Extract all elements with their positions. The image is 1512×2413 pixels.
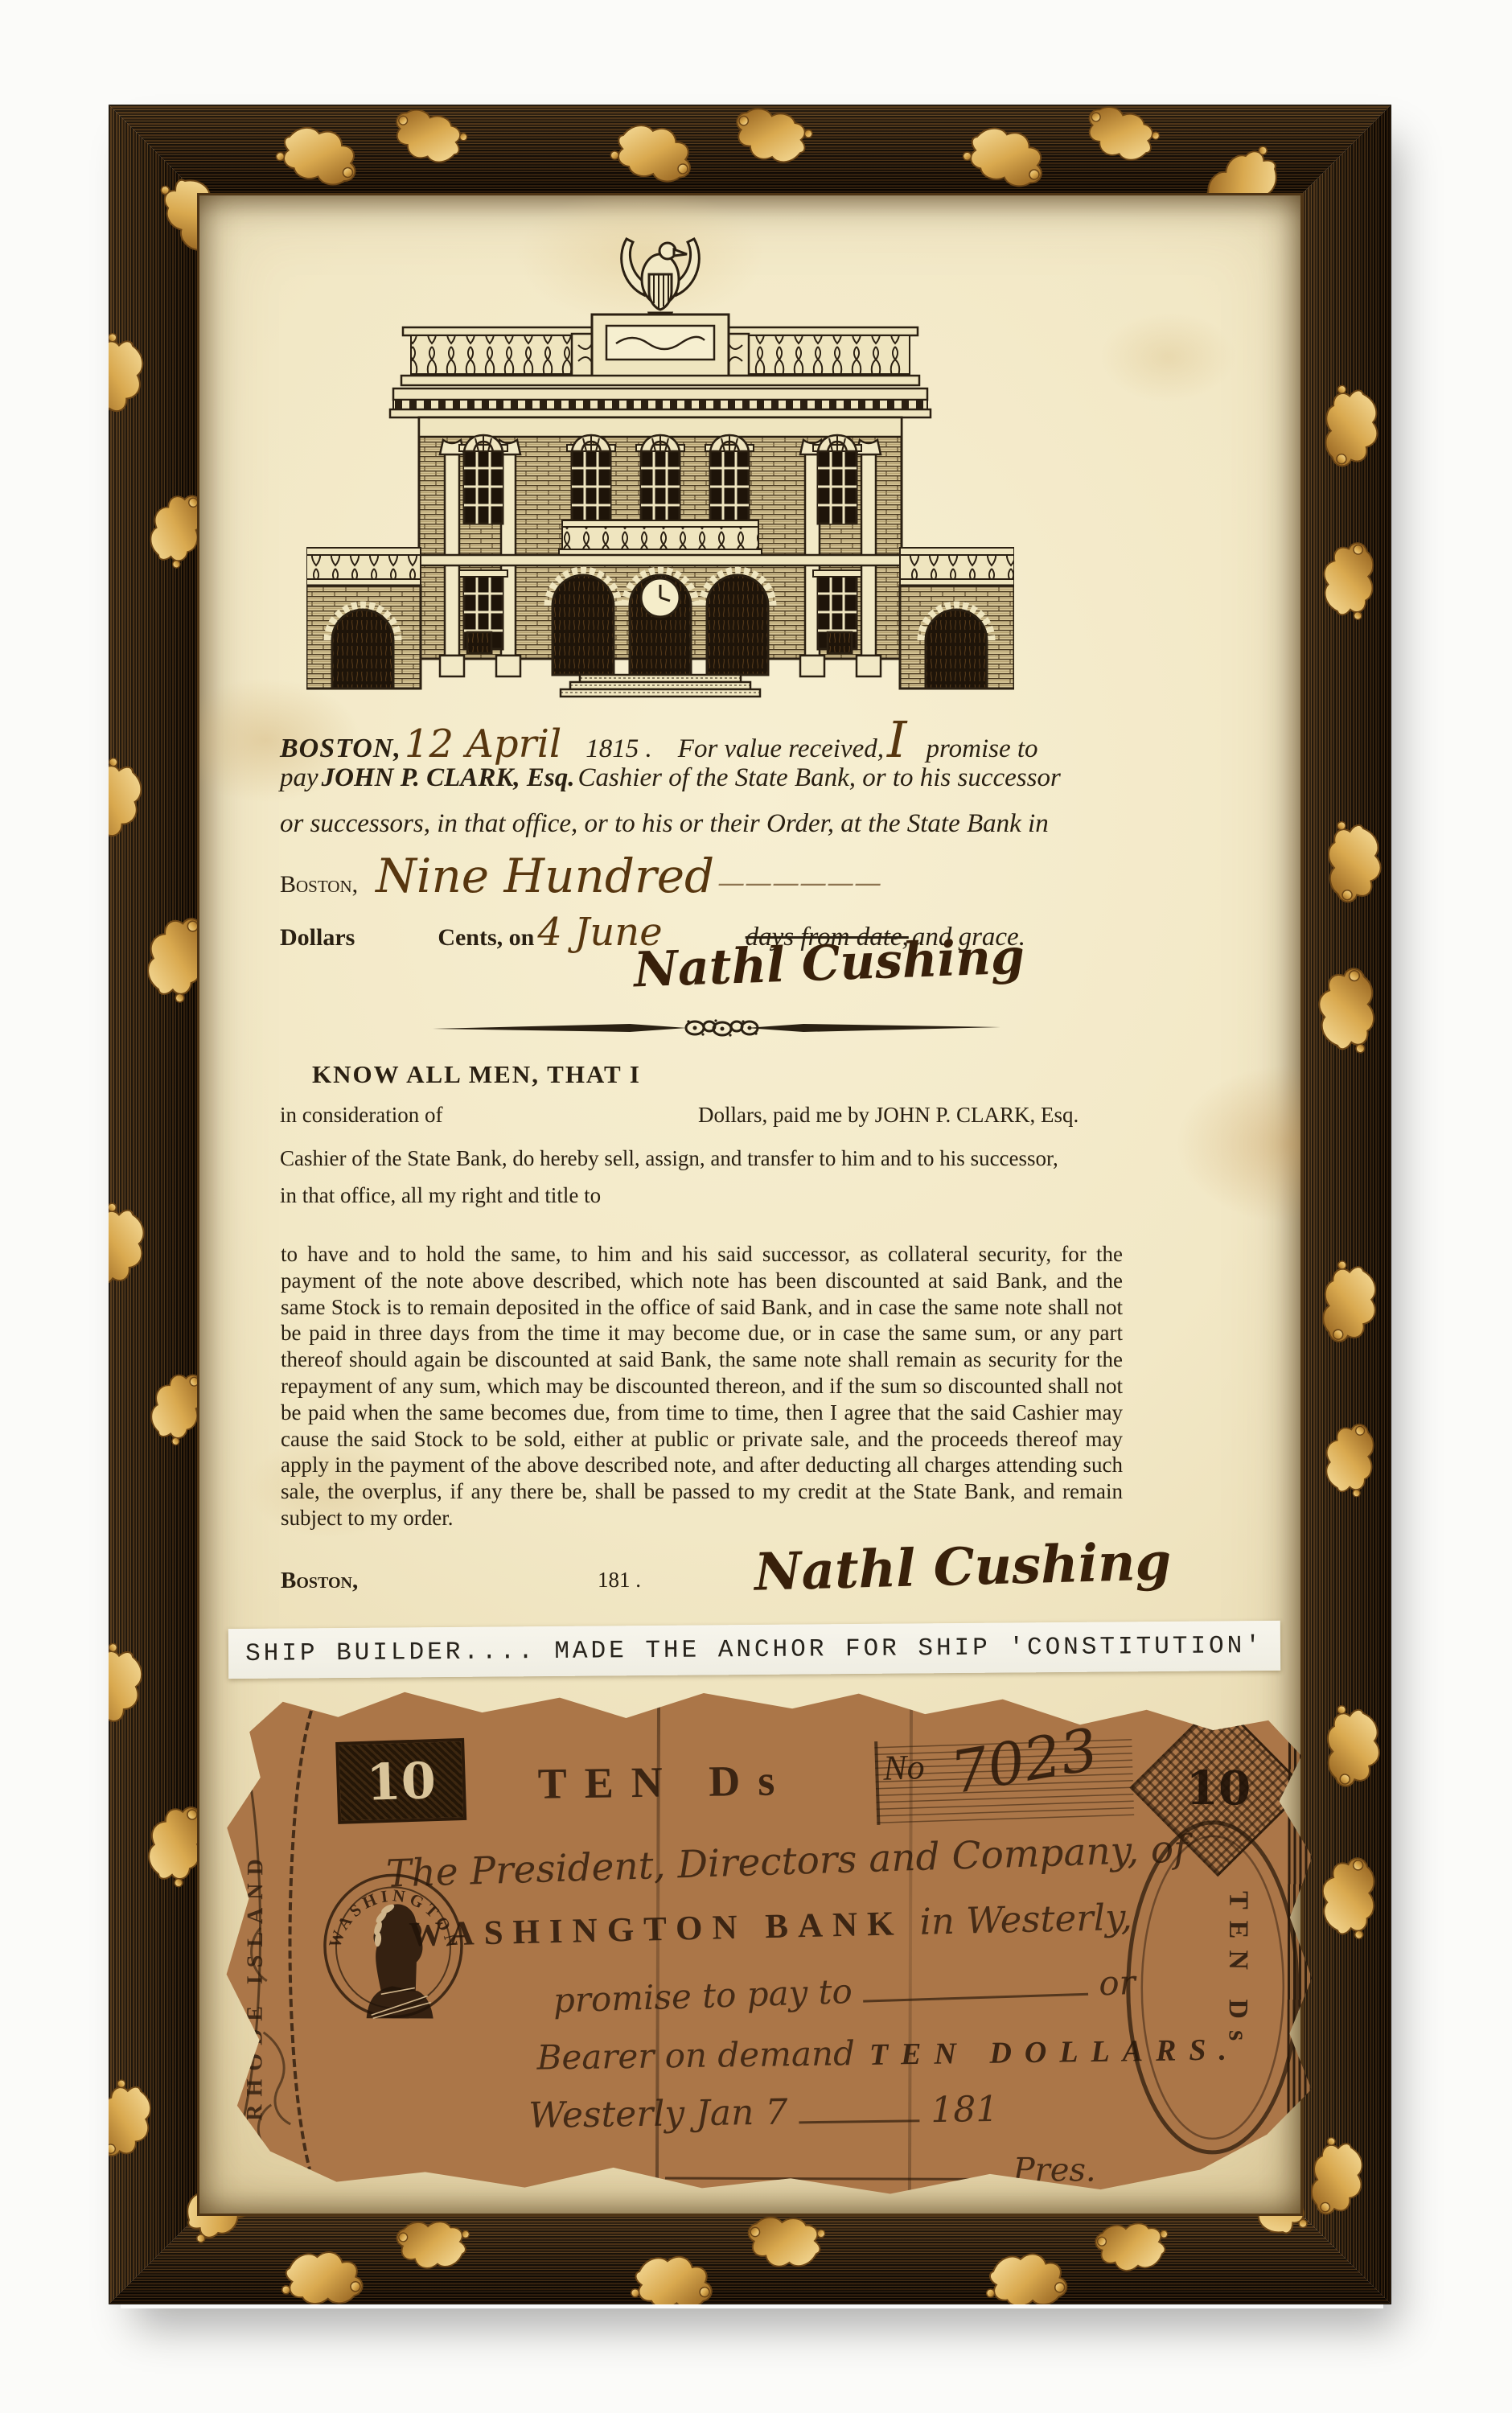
president-signature-line: Pres. xyxy=(665,2150,1096,2189)
frame-bar-right xyxy=(1300,105,1391,2304)
framed-document-photo: BOSTON, 12 April 1815 . For value receiv… xyxy=(0,0,1512,2413)
assignment-body: to have and to hold the same, to him and… xyxy=(281,1241,1123,1531)
denomination-words: TEN Ds xyxy=(537,1755,792,1808)
frame-bar-bottom xyxy=(109,2214,1391,2304)
note-line-2: pay JOHN P. CLARK, Esq. Cashier of the S… xyxy=(280,763,1061,793)
left-panel-state-text: RHODE ISLAND xyxy=(242,1783,269,2121)
note-line-3: or successors, in that office, or to his… xyxy=(280,809,1049,839)
note-line-1: BOSTON, 12 April 1815 . For value receiv… xyxy=(280,710,1038,769)
office-line: in that office, all my right and title t… xyxy=(280,1183,601,1208)
payee-name: JOHN P. CLARK, Esq. xyxy=(322,763,575,792)
typed-caption-strip: SHIP BUILDER.... MADE THE ANCHOR FOR SHI… xyxy=(228,1621,1280,1679)
right-denomination-oval-icon xyxy=(1116,1811,1310,2165)
issuer-line: The President, Directors and Company, of xyxy=(336,1825,1238,1897)
printers-rule-divider-icon xyxy=(433,1016,1000,1040)
payee-blank xyxy=(862,1966,1088,2003)
washington-banknote: 10 TEN Ds No 7023 10 The President, Dire… xyxy=(215,1687,1324,2196)
state-bank-building-engraving xyxy=(306,234,1014,705)
assignment-year: 181 . xyxy=(598,1568,641,1593)
note-line-4: Boston, Nine Hundred —————— xyxy=(280,849,881,903)
assignment-heading: KNOW ALL MEN, THAT I xyxy=(312,1060,641,1089)
city-label: BOSTON, xyxy=(280,734,401,763)
document-paper: BOSTON, 12 April 1815 . For value receiv… xyxy=(199,195,1300,2214)
cashier-line: Cashier of the State Bank, do hereby sel… xyxy=(280,1146,1058,1171)
date-line: Westerly Jan 7 181 xyxy=(528,2089,999,2136)
consideration-right: Dollars, paid me by JOHN P. CLARK, Esq. xyxy=(698,1103,1079,1128)
frame-bar-left xyxy=(109,105,199,2304)
denomination-box-left: 10 xyxy=(335,1738,466,1824)
typed-caption-text: SHIP BUILDER.... MADE THE ANCHOR FOR SHI… xyxy=(245,1632,1263,1668)
frame-bar-top xyxy=(109,105,1391,195)
washington-portrait-medallion-icon: WASHINGTON xyxy=(320,1868,467,2020)
eagle-icon xyxy=(622,239,700,323)
consideration-left: in consideration of xyxy=(280,1103,442,1128)
assignment-place: Boston, xyxy=(281,1568,358,1594)
amount-handwritten: Nine Hundred xyxy=(376,849,714,903)
assignment-signature: Nathl Cushing xyxy=(754,1531,1172,1603)
promise-line: promise to pay to or xyxy=(553,1963,1136,2020)
date-handwritten: 12 April xyxy=(405,721,561,767)
pronoun-handwritten: I xyxy=(887,710,907,769)
bank-name: WASHINGTON BANK xyxy=(409,1905,904,1954)
serial-number: 7023 xyxy=(946,1715,1103,1807)
president-suffix: Pres. xyxy=(1013,2152,1096,2189)
right-oval-denomination-text: TEN Ds xyxy=(1222,1891,1254,2052)
serial-number-panel: No 7023 xyxy=(874,1733,1134,1825)
year: 1815 . xyxy=(585,734,652,763)
